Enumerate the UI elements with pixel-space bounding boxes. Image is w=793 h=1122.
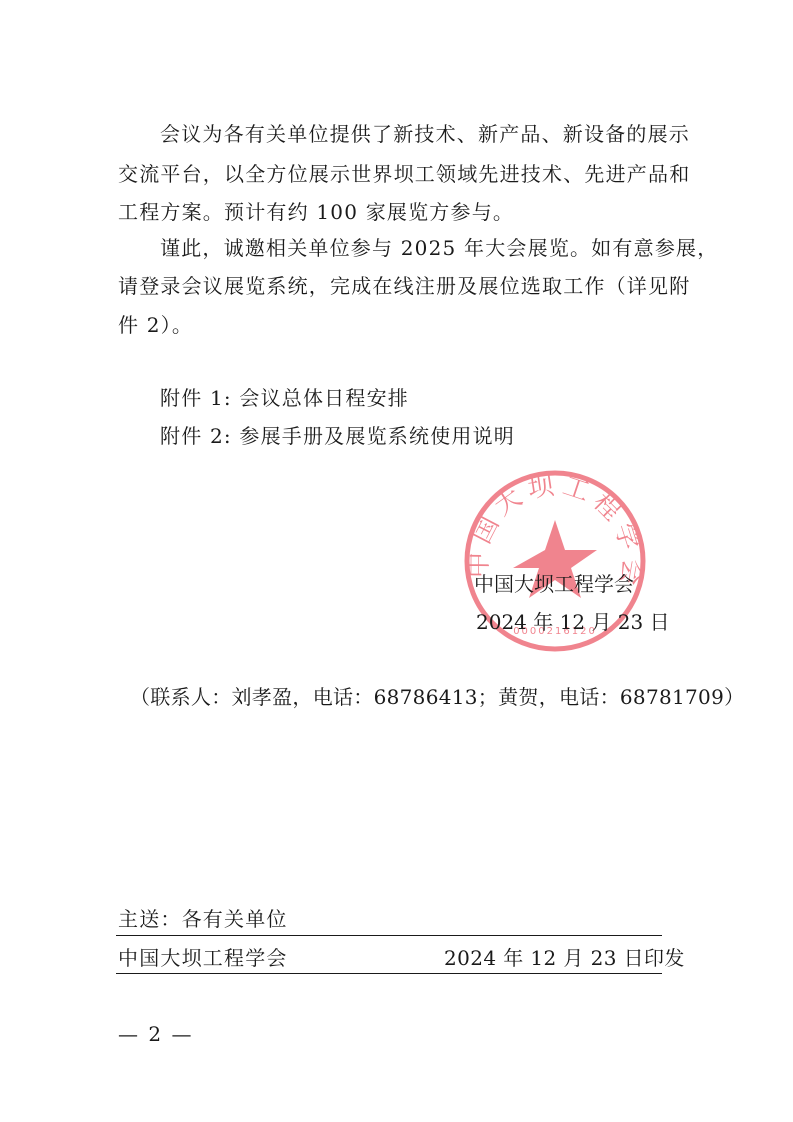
paragraph-1-line-3: 工程方案。预计有约 100 家展览方参与。 [118, 200, 514, 224]
paragraph-2-line-1: 谨此，诚邀相关单位参与 2025 年大会展览。如有意参展， [160, 236, 718, 260]
paragraph-2-line-2: 请登录会议展览系统，完成在线注册及展位选取工作（详见附 [118, 274, 690, 298]
paragraph-1-line-1: 会议为各有关单位提供了新技术、新产品、新设备的展示 [160, 122, 690, 146]
contact-info: （联系人：刘孝盈，电话：68786413；黄贺，电话：68781709） [130, 685, 744, 709]
signature-date: 2024 年 12 月 23 日 [476, 610, 670, 634]
attachment-2: 附件 2: 参展手册及展览系统使用说明 [160, 424, 515, 448]
issuer-name: 中国大坝工程学会 [118, 946, 288, 970]
page-number: — 2 — [118, 1022, 193, 1046]
footer-divider-bottom [116, 973, 662, 974]
footer-divider-top [116, 935, 662, 936]
paragraph-2-line-3: 件 2）。 [118, 313, 193, 337]
paragraph-1-line-2: 交流平台，以全方位展示世界坝工领域先进技术、先进产品和 [118, 162, 690, 186]
distribution-line: 主送：各有关单位 [118, 907, 288, 931]
signature-org: 中国大坝工程学会 [474, 572, 634, 596]
issue-date: 2024 年 12 月 23 日印发 [444, 946, 685, 970]
attachment-1: 附件 1: 会议总体日程安排 [160, 386, 409, 410]
